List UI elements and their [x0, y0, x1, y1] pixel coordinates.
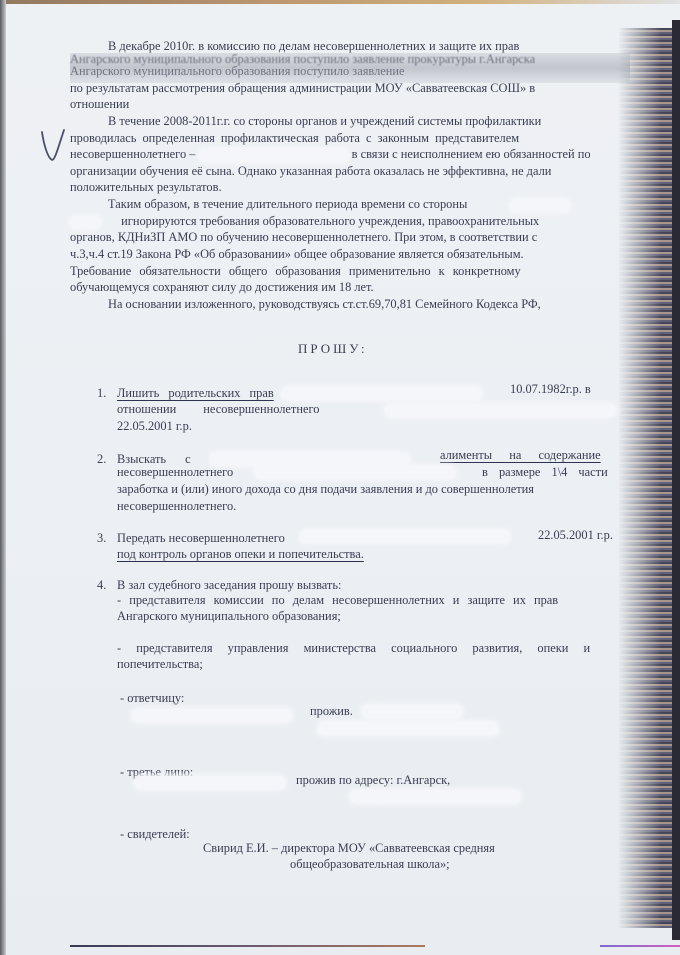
redacted-name	[135, 776, 285, 789]
request-2-line-2-end: в размере 1\4 части	[482, 464, 608, 481]
paragraph-3-line-2: игнорируются требования образовательного…	[70, 213, 539, 230]
scan-right-edge-noise	[618, 28, 680, 928]
request-3-line-1-end: 22.05.2001 г.р.	[538, 527, 613, 544]
request-1-line-2: отношении несовершеннолетнего	[117, 401, 319, 418]
request-1-line-1-start: Лишить родительских прав	[117, 385, 274, 402]
redacted-address	[362, 705, 462, 718]
witness-line-2: общеобразовательная школа»;	[290, 856, 450, 873]
request-3-line-1-start: Передать несовершеннолетнего	[117, 530, 285, 547]
scanned-page: В декабре 2010г. в комиссию по делам нес…	[0, 0, 680, 955]
redacted-name	[210, 453, 410, 466]
request-2-line-2-start: несовершеннолетнего	[117, 464, 233, 481]
paragraph-2-line-4: организации обучения её сына. Однако ука…	[70, 163, 551, 180]
paragraph-2-line-3-end: в связи с неисполнением ею обязанностей …	[352, 147, 591, 161]
witnesses-label: - свидетелей:	[120, 826, 190, 843]
redacted-name	[70, 216, 100, 229]
scan-left-edge	[0, 0, 6, 955]
alimony-underlined: алименты на содержание	[440, 448, 601, 462]
request-2-number: 2.	[97, 451, 106, 468]
paragraph-2-line-1: В течение 2008-2011г.г. со стороны орган…	[108, 113, 541, 130]
scan-bottom-line	[70, 945, 425, 947]
redacted-name	[132, 709, 292, 722]
third-party-text: прожив по адресу: г.Ангарск,	[296, 772, 450, 789]
request-2-line-1-end: алименты на содержание	[440, 447, 601, 464]
paragraph-3-line-4: ч.3,ч.4 ст.19 Закона РФ «Об образовании»…	[70, 246, 524, 263]
scan-bottom-line-right	[600, 945, 680, 947]
paragraph-2-line-2: проводилась определенная профилактическа…	[70, 130, 519, 147]
paragraph-1-line-4: по результатам рассмотрения обращения ад…	[70, 80, 535, 97]
request-1-number: 1.	[97, 385, 106, 402]
respondent-label: - ответчицу:	[120, 690, 184, 707]
redacted-address	[318, 722, 498, 735]
request-4-item-1-line-1: - представителя комиссии по делам несове…	[117, 592, 558, 609]
paragraph-4-line-1: На основании изложенного, руководствуясь…	[108, 296, 541, 313]
paragraph-3-line-6: обучающемуся сохраняют силу до достижени…	[70, 279, 374, 296]
scan-right-border	[672, 20, 680, 940]
paragraph-3-line-5: Требование обязательности общего образов…	[70, 263, 521, 280]
request-4-item-2-line-1: - представителя управления министерства …	[117, 640, 590, 657]
redacted-address	[350, 790, 520, 803]
redacted-name	[300, 530, 510, 543]
request-4-item-2-line-2: попечительства;	[117, 656, 203, 673]
paragraph-1-line-3: Ангарского муниципального образования по…	[70, 63, 405, 80]
request-4-number: 4.	[97, 577, 106, 594]
paragraph-3-line-3: органов, КДНиЗП АМО по обучению несоверш…	[70, 229, 537, 246]
paragraph-3-line-1-text: Таким образом, в течение длительного пер…	[108, 197, 467, 211]
witness-line-1: Свирид Е.И. – директора МОУ «Савватеевск…	[203, 840, 495, 857]
request-2-line-3: заработка и (или) иного дохода со дня по…	[117, 481, 534, 498]
redacted-name	[255, 466, 455, 479]
redacted-name	[510, 199, 570, 212]
paragraph-3-line-1: Таким образом, в течение длительного пер…	[108, 196, 570, 213]
paragraph-2-line-3-start: несовершеннолетнего –	[70, 147, 195, 161]
paragraph-1-line-5: отношении	[70, 96, 129, 113]
redacted-name	[282, 387, 482, 400]
request-3-number: 3.	[97, 530, 106, 547]
redacted-name	[199, 149, 349, 162]
scan-top-edge	[0, 0, 680, 4]
redacted-name	[385, 404, 615, 417]
paragraph-2-line-5: положительных результатов.	[70, 179, 222, 196]
request-2-line-4: несовершеннолетнего.	[117, 498, 236, 515]
request-1-line-3: 22.05.2001 г.р.	[117, 418, 192, 435]
paragraph-2-line-3: несовершеннолетнего – в связи с неисполн…	[70, 146, 591, 163]
request-3-line-2: под контроль органов опеки и попечительс…	[117, 546, 364, 563]
request-1-line-1-end: 10.07.1982г.р. в	[510, 381, 591, 398]
paragraph-3-line-2-text: игнорируются требования образовательного…	[121, 214, 539, 228]
request-4-item-1-line-2: Ангарского муниципального образования;	[117, 608, 341, 625]
heading-proshu: ПРОШУ:	[298, 340, 368, 357]
pen-checkmark-icon	[38, 126, 68, 166]
respondent-text: прожив.	[310, 703, 353, 720]
